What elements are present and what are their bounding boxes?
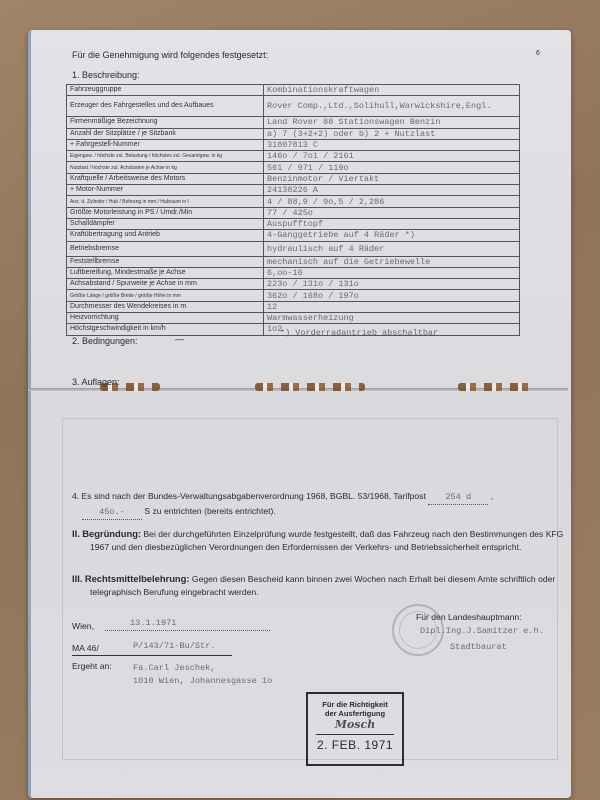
row-label: Heizvorrichtung (67, 313, 264, 324)
row-label: Betriebsbremse (67, 241, 264, 256)
section-4: 4. Es sind nach der Bundes-Verwaltungsab… (72, 490, 572, 520)
row-label: Anz. d. Zylinder / Hub / Bohrung in mm /… (67, 196, 264, 207)
signatory-name: Dipl.Ing.J.Samitzer e.h. (420, 625, 544, 638)
table-row: Anzahl der Sitzplätze / je Sitzbanka) 7 … (67, 128, 520, 139)
row-value: 362o / 168o / 197o (264, 290, 520, 301)
table-row: Anz. d. Zylinder / Hub / Bohrung in mm /… (67, 196, 520, 207)
row-value: a) 7 (3+2+2) oder b) 2 + Nutzlast (264, 128, 520, 139)
table-row: Kraftquelle / Arbeitsweise des MotorsBen… (67, 173, 520, 184)
row-value: Auspufftopf (264, 218, 520, 229)
row-label: Höchstgeschwindigkeit in km/h (67, 324, 264, 335)
row-value: hydraulisch auf 4 Räder (264, 241, 520, 256)
recipient-line-1: Fa.Carl Jeschek, (133, 662, 216, 675)
staple-holes (458, 383, 533, 391)
table-row: Achsabstand / Spurweite je Achse in mm22… (67, 279, 520, 290)
begruendung-text: Bei der durchgeführten Einzelprüfung wur… (90, 529, 563, 552)
row-label: Achsabstand / Spurweite je Achse in mm (67, 279, 264, 290)
table-row: Feststellbremsemechanisch auf die Getrie… (67, 256, 520, 267)
table-row: FahrzeuggruppeKombinationskraftwagen (67, 85, 520, 96)
row-value: mechanisch auf die Getriebewelle (264, 256, 520, 267)
row-value: Warmwasserheizung (264, 313, 520, 324)
rechtsmittel-title: Rechtsmittelbelehrung: (85, 573, 190, 584)
row-value: 24138226 A (264, 185, 520, 196)
vehicle-description-table: FahrzeuggruppeKombinationskraftwagenErze… (66, 84, 520, 336)
row-value: 146o / 7o1 / 2161 (264, 151, 520, 162)
row-value: Kombinationskraftwagen (264, 85, 520, 96)
recipient-label: Ergeht an: (72, 660, 112, 673)
table-row: + Fahrgestell-Nummer31807813 C (67, 139, 520, 150)
row-label: Luftbereifung, Mindestmaße je Achse (67, 267, 264, 278)
begruendung-paragraph: II. Begründung: Bei der durchgeführten E… (72, 527, 578, 554)
row-value: 4-Ganggetriebe auf 4 Räder *) (264, 230, 520, 241)
row-label: Eigengew. / höchste zul. Belastung / höc… (67, 151, 264, 162)
row-value: Benzinmotor / Viertakt (264, 173, 520, 184)
staple-holes (255, 383, 365, 391)
stamp-date: 2. FEB. 1971 (308, 741, 402, 750)
section-2-title: 2. Bedingungen: (72, 336, 138, 346)
row-value: Land Rover 88 Stationswagen Benzin (264, 117, 520, 128)
table-row: Firmenmäßige BezeichnungLand Rover 88 St… (67, 117, 520, 128)
row-label: Firmenmäßige Bezeichnung (67, 117, 264, 128)
section-4-text: 4. Es sind nach der Bundes-Verwaltungsab… (72, 491, 426, 501)
begruendung-title: Begründung: (82, 528, 141, 539)
row-label: Erzeuger des Fahrgestelles und des Aufba… (67, 96, 264, 117)
row-label: Größte Motorleistung in PS / Umdr./Min (67, 207, 264, 218)
row-value: Rover Comp.,Ltd.,Solihull,Warwickshire,E… (264, 96, 520, 117)
row-label: Feststellbremse (67, 256, 264, 267)
table-row: + Motor-Nummer24138226 A (67, 185, 520, 196)
tarifpost-value: 254 d (428, 491, 488, 505)
row-label: Kraftquelle / Arbeitsweise des Motors (67, 173, 264, 184)
footnote: *) Vorderradantrieb abschaltbar (280, 328, 438, 338)
row-label: Nutzlast / höchste zul. Achslasten je Ac… (67, 162, 264, 173)
table-row: Erzeuger des Fahrgestelles und des Aufba… (67, 96, 520, 117)
place-label: Wien, (72, 620, 94, 633)
rechtsmittel-paragraph: III. Rechtsmittelbelehrung: Gegen diesen… (72, 572, 578, 599)
certification-stamp: Für die Richtigkeit der Ausfertigung Mos… (306, 692, 404, 766)
row-value: 77 / 425o (264, 207, 520, 218)
signatory-title: Stadtbaurat (450, 641, 507, 654)
recipient-line-2: 1010 Wien, Johannesgasse 1o (133, 675, 272, 688)
table-row: Größte Motorleistung in PS / Umdr./Min77… (67, 207, 520, 218)
row-label: + Fahrgestell-Nummer (67, 139, 264, 150)
table-row: Größte Länge / größte Breite / größte Hö… (67, 290, 520, 301)
section-1-title: 1. Beschreibung: (72, 70, 140, 80)
begruendung-num: II. (72, 528, 80, 539)
authority-label: Für den Landeshauptmann: (416, 611, 522, 624)
row-label: Anzahl der Sitzplätze / je Sitzbank (67, 128, 264, 139)
row-value: 223o / 131o / 131o (264, 279, 520, 290)
fee-amount: 45o.- (82, 506, 142, 520)
table-row: Kraftübertragung und Antrieb4-Ganggetrie… (67, 230, 520, 241)
section-3-title: 3. Auflagen: (72, 377, 120, 387)
table-row: SchalldämpferAuspufftopf (67, 218, 520, 229)
table-row: Durchmesser des Wendekreises in m12 (67, 301, 520, 312)
table-row: Eigengew. / höchste zul. Belastung / höc… (67, 151, 520, 162)
table-row: Nutzlast / höchste zul. Achslasten je Ac… (67, 162, 520, 173)
row-label: + Motor-Nummer (67, 185, 264, 196)
table-row: HeizvorrichtungWarmwasserheizung (67, 313, 520, 324)
row-label: Durchmesser des Wendekreises in m (67, 301, 264, 312)
stamp-signature: Mosch (316, 720, 394, 735)
row-value: 561 / 971 / 119o (264, 162, 520, 173)
stamp-line-2: der Ausfertigung (308, 709, 402, 718)
section-2-value: — (175, 334, 184, 344)
row-value: 6,oo-16 (264, 267, 520, 278)
rechtsmittel-num: III. (72, 573, 82, 584)
table-row: Betriebsbremsehydraulisch auf 4 Räder (67, 241, 520, 256)
issue-date: 13.1.1971 (105, 617, 270, 631)
row-label: Fahrzeuggruppe (67, 85, 264, 96)
row-label: Schalldämpfer (67, 218, 264, 229)
fee-text: S zu entrichten (bereits entrichtet). (144, 506, 275, 516)
row-label: Größte Länge / größte Breite / größte Hö… (67, 290, 264, 301)
reference-number: P/143/71-Bu/Str. (133, 640, 216, 653)
table-row: Luftbereifung, Mindestmaße je Achse6,oo-… (67, 267, 520, 278)
stamp-line-1: Für die Richtigkeit (308, 700, 402, 709)
page-mark: 6 (536, 50, 540, 57)
row-label: Kraftübertragung und Antrieb (67, 230, 264, 241)
row-value: 4 / 88,9 / 9o,5 / 2,286 (264, 196, 520, 207)
row-value: 12 (264, 301, 520, 312)
row-value: 31807813 C (264, 139, 520, 150)
intro-text: Für die Genehmigung wird folgendes festg… (72, 50, 268, 60)
